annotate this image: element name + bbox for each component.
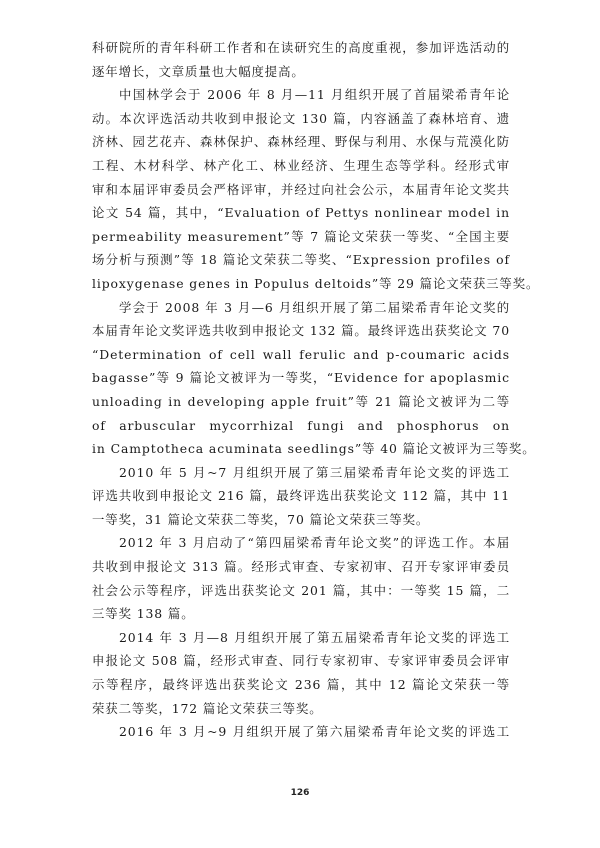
text-line: 逐年增长，文章质量也大幅度提高。 [92, 60, 510, 84]
text-line: in Camptotheca acuminata seedlings”等 40 … [92, 437, 510, 461]
text-line: of arbuscular mycorrhizal fungi and phos… [92, 414, 510, 438]
text-line: 工程、木材科学、林产化工、林业经济、生理生态等学科。经形式审查、专家初 [92, 154, 510, 178]
text-line: 社会公示等程序，评选出获奖论文 201 篇，其中：一等奖 15 篇，二等奖 48… [92, 579, 510, 603]
document-body: 科研院所的青年科研工作者和在读研究生的高度重视，参加评选活动的论文数量逐年增长，… [92, 36, 510, 744]
text-line: unloading in developing apple fruit”等 21… [92, 390, 510, 414]
text-line: 济林、园艺花卉、森林保护、森林经理、野保与利用、水保与荒漠化防治、森林 [92, 130, 510, 154]
text-line: 场分析与预测”等 18 篇论文荣获二等奖、“Expression profile… [92, 248, 510, 272]
text-line: 共收到申报论文 313 篇。经形式审查、专家初审、召开专家评审委员会会议和向 [92, 555, 510, 579]
text-line: 学会于 2008 年 3 月—6 月组织开展了第二届梁希青年论文奖的评选工作。 [92, 296, 510, 320]
text-line: 中国林学会于 2006 年 8 月—11 月组织开展了首届梁希青年论文奖评选活 [92, 83, 510, 107]
text-line: 评选共收到申报论文 216 篇，最终评选出获奖论文 112 篇，其中 11 篇论… [92, 484, 510, 508]
text-line: 2016 年 3 月~9 月组织开展了第六届梁希青年论文奖的评选工作。共收到符 [92, 720, 510, 744]
text-line: 三等奖 138 篇。 [92, 602, 510, 626]
text-line: 示等程序，最终评选出获奖论文 236 篇，其中 12 篇论文荣获一等奖，52 篇… [92, 673, 510, 697]
text-line: 动。本次评选活动共收到申报论文 130 篇，内容涵盖了森林培育、遗传育种、经 [92, 107, 510, 131]
text-line: 申报论文 508 篇，经形式审查、同行专家初审、专家评审委员会评审及向社会公 [92, 649, 510, 673]
text-line: 论文 54 篇，其中，“Evaluation of Pettys nonline… [92, 201, 510, 225]
text-line: 科研院所的青年科研工作者和在读研究生的高度重视，参加评选活动的论文数量 [92, 36, 510, 60]
text-line: 2010 年 5 月~7 月组织开展了第三届梁希青年论文奖的评选工作。本次论文 [92, 461, 510, 485]
text-line: lipoxygenase genes in Populus deltoids”等… [92, 272, 510, 296]
text-line: 2012 年 3 月启动了“第四届梁希青年论文奖”的评选工作。本届评选活动 [92, 531, 510, 555]
text-line: 审和本届评审委员会严格评审，并经过向社会公示，本届青年论文奖共评出获奖 [92, 178, 510, 202]
text-line: 本届青年论文奖评选共收到申报论文 132 篇。最终评选出获奖论文 70 篇，其中 [92, 319, 510, 343]
text-line: bagasse”等 9 篇论文被评为一等奖，“Evidence for apop… [92, 366, 510, 390]
text-line: 荣获二等奖，172 篇论文荣获三等奖。 [92, 697, 510, 721]
page-number: 126 [0, 788, 600, 798]
text-line: permeability measurement”等 7 篇论文荣获一等奖、“全… [92, 225, 510, 249]
text-line: “Determination of cell wall ferulic and … [92, 343, 510, 367]
text-line: 2014 年 3 月—8 月组织开展了第五届梁希青年论文奖的评选工作。共收到 [92, 626, 510, 650]
text-line: 一等奖，31 篇论文荣获二等奖，70 篇论文荣获三等奖。 [92, 508, 510, 532]
